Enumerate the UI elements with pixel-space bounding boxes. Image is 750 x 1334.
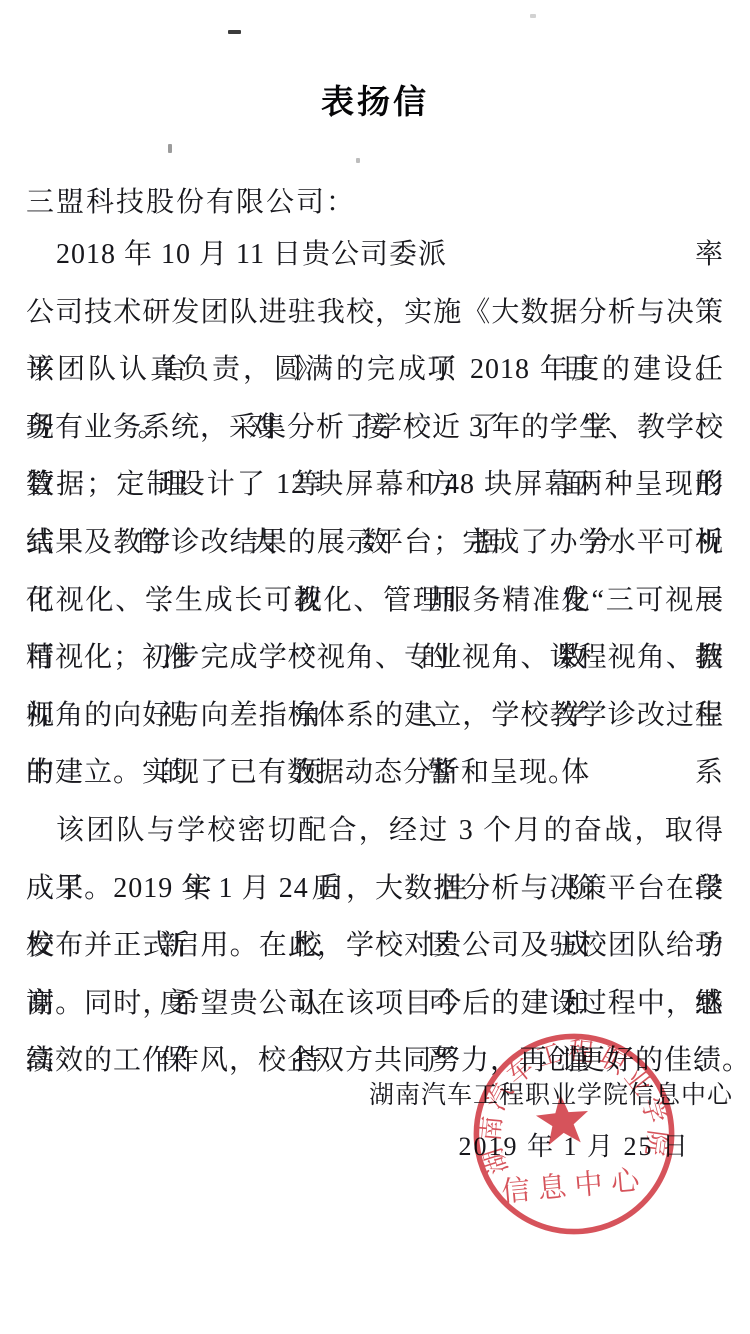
salutation: 三盟科技股份有限公司： (26, 180, 356, 220)
body-line: 发布并正式启用。在此，学校对贵公司及驻校团队给予高度认可和感 (26, 917, 724, 975)
body-line: 可视化；初步完成学校视角、专业视角、课程视角、教师视角、学生 (26, 629, 724, 687)
body-line-right: 率 (695, 226, 724, 284)
stamp-bottom-text: 信息中心 (500, 1164, 649, 1209)
signature-block: 湖南汽车工程职业学院信息中心 2019 年 1 月 25 日 (369, 1080, 733, 1163)
signature-org: 湖南汽车工程职业学院信息中心 (369, 1080, 733, 1112)
body-line: 该团队认真负责，圆满的完成了 2018 年度的建设任务。对接了学校 (26, 341, 724, 399)
scan-artifact (228, 30, 241, 34)
scan-artifact (530, 14, 536, 18)
letter-page: 表扬信 三盟科技股份有限公司： 2018 年 10 月 11 日贵公司委派率公司… (0, 0, 750, 1334)
document-title: 表扬信 (0, 76, 750, 123)
body-line: 现有业务系统，采集分析了学校近 3 年的学生、教学、管理等方面的 (26, 399, 724, 457)
body-line: 可视化、学生成长可视化、管理服务精准化“三可视一精准”的数据 (26, 572, 724, 630)
body-line: 视角的向好与向差指标体系的建立，学校教学诊改过程中的预警体系 (26, 687, 724, 745)
body-line: 数据；定制设计了 12 块屏幕和 48 块屏幕两种呈现形式的大数据分析 (26, 456, 724, 514)
body-line: 该团队与学校密切配合，经过 3 个月的奋战，取得了实质性阶段 (26, 802, 724, 860)
scan-artifact (168, 144, 172, 153)
body-line: 成果。2019 年 1 月 24 日，大数据分析与决策平台在学校新校区成功 (26, 860, 724, 918)
body-line: 公司技术研发团队进驻我校，实施《大数据分析与决策平台》项目。 (26, 284, 724, 342)
body-line: 谢。同时，希望贵公司在该项目今后的建设过程中，继续保持严谨、 (26, 975, 724, 1033)
signature-date: 2019 年 1 月 25 日 (369, 1126, 690, 1163)
letter-body: 2018 年 10 月 11 日贵公司委派率公司技术研发团队进驻我校，实施《大数… (26, 226, 724, 1090)
body-line-left: 2018 年 10 月 11 日贵公司委派 (56, 226, 447, 284)
body-line: 2018 年 10 月 11 日贵公司委派率 (26, 226, 724, 284)
scan-artifact (356, 158, 360, 163)
body-line: 结果及教学诊改结果的展示平台；完成了办学水平可视化、教师发展 (26, 514, 724, 572)
